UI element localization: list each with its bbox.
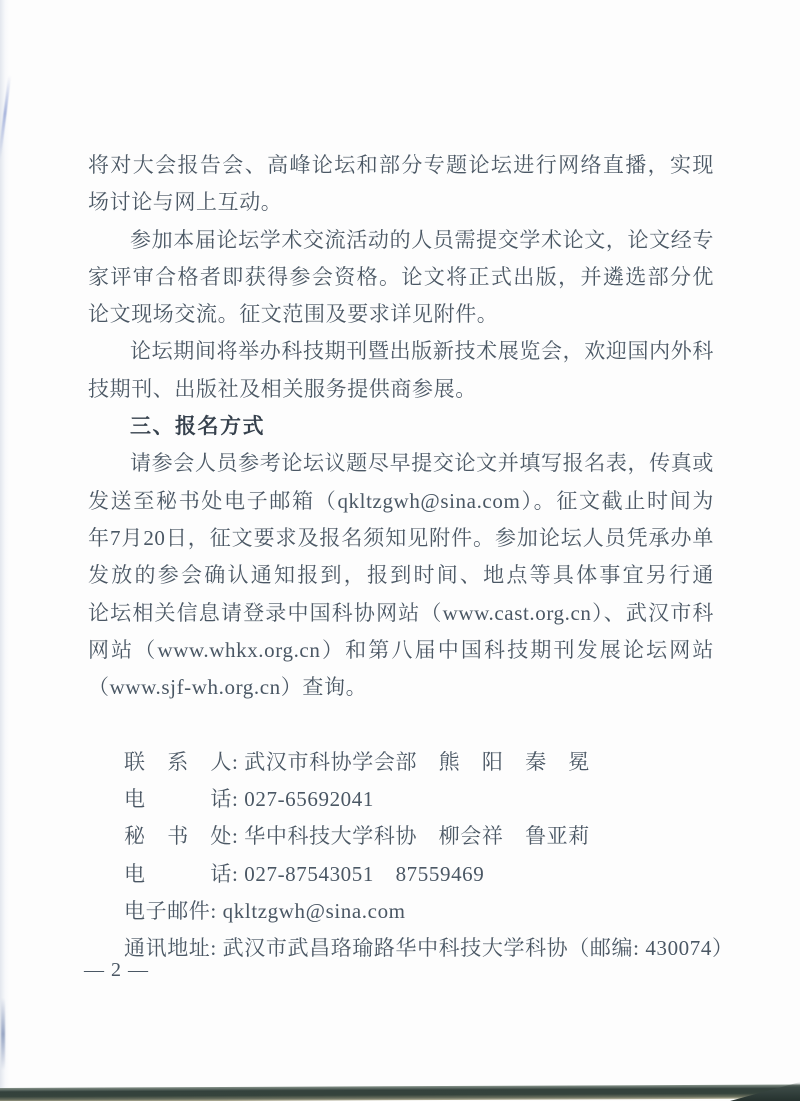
- contact-line-email: 电子邮件: qkltzgwh@sina.com: [124, 893, 714, 930]
- text-line: 发送至秘书处电子邮箱（qkltzgwh@sina.com）。征文截止时间为201…: [88, 483, 714, 520]
- section-heading-registration: 三、报名方式: [88, 408, 714, 445]
- text-line: 家评审合格者即获得参会资格。论文将正式出版，并遴选部分优秀: [88, 259, 714, 296]
- scan-blue-streak-bottom: [1, 998, 5, 1070]
- text-line: 论文现场交流。征文范围及要求详见附件。: [88, 296, 714, 333]
- scan-bottom-right-corner: [730, 1082, 800, 1101]
- contact-info-block: 联 系 人: 武汉市科协学会部 熊 阳 秦 冕 电 话: 027-6569204…: [88, 744, 714, 968]
- contact-line-person: 联 系 人: 武汉市科协学会部 熊 阳 秦 冕: [124, 744, 714, 781]
- contact-line-address: 通讯地址: 武汉市武昌珞瑜路华中科技大学科协（邮编: 430074）: [124, 930, 714, 967]
- text-line: 论坛相关信息请登录中国科协网站（www.cast.org.cn）、武汉市科协: [88, 595, 714, 632]
- scan-bottom-edge-band: [0, 1084, 800, 1101]
- scan-blue-streak-top: [0, 75, 11, 160]
- text-line: 年7月20日，征文要求及报名须知见附件。参加论坛人员凭承办单位: [88, 520, 714, 557]
- text-line: 场讨论与网上互动。: [88, 184, 714, 221]
- scan-left-edge-shadow: [0, 0, 9, 1101]
- contact-line-secretariat: 秘 书 处: 华中科技大学科协 柳会祥 鲁亚莉: [124, 818, 714, 855]
- text-line: 技期刊、出版社及相关服务提供商参展。: [88, 371, 714, 408]
- text-line: 将对大会报告会、高峰论坛和部分专题论坛进行网络直播，实现现: [88, 147, 714, 184]
- text-line: （www.sjf-wh.org.cn）查询。: [88, 669, 714, 706]
- text-line: 论坛期间将举办科技期刊暨出版新技术展览会，欢迎国内外科: [88, 333, 714, 370]
- contact-line-phone-2: 电 话: 027-87543051 87559469: [124, 856, 714, 893]
- document-body: 将对大会报告会、高峰论坛和部分专题论坛进行网络直播，实现现 场讨论与网上互动。 …: [88, 147, 714, 968]
- text-line: 参加本届论坛学术交流活动的人员需提交学术论文，论文经专: [88, 222, 714, 259]
- contact-line-phone-1: 电 话: 027-65692041: [124, 781, 714, 818]
- page-number: — 2 —: [84, 956, 149, 984]
- text-line: 网站（www.whkx.org.cn）和第八届中国科技期刊发展论坛网站: [88, 632, 714, 669]
- text-line: 发放的参会确认通知报到，报到时间、地点等具体事宜另行通知。: [88, 557, 714, 594]
- scanned-document-page: 将对大会报告会、高峰论坛和部分专题论坛进行网络直播，实现现 场讨论与网上互动。 …: [0, 0, 800, 1101]
- text-line: 请参会人员参考论坛议题尽早提交论文并填写报名表，传真或: [88, 445, 714, 482]
